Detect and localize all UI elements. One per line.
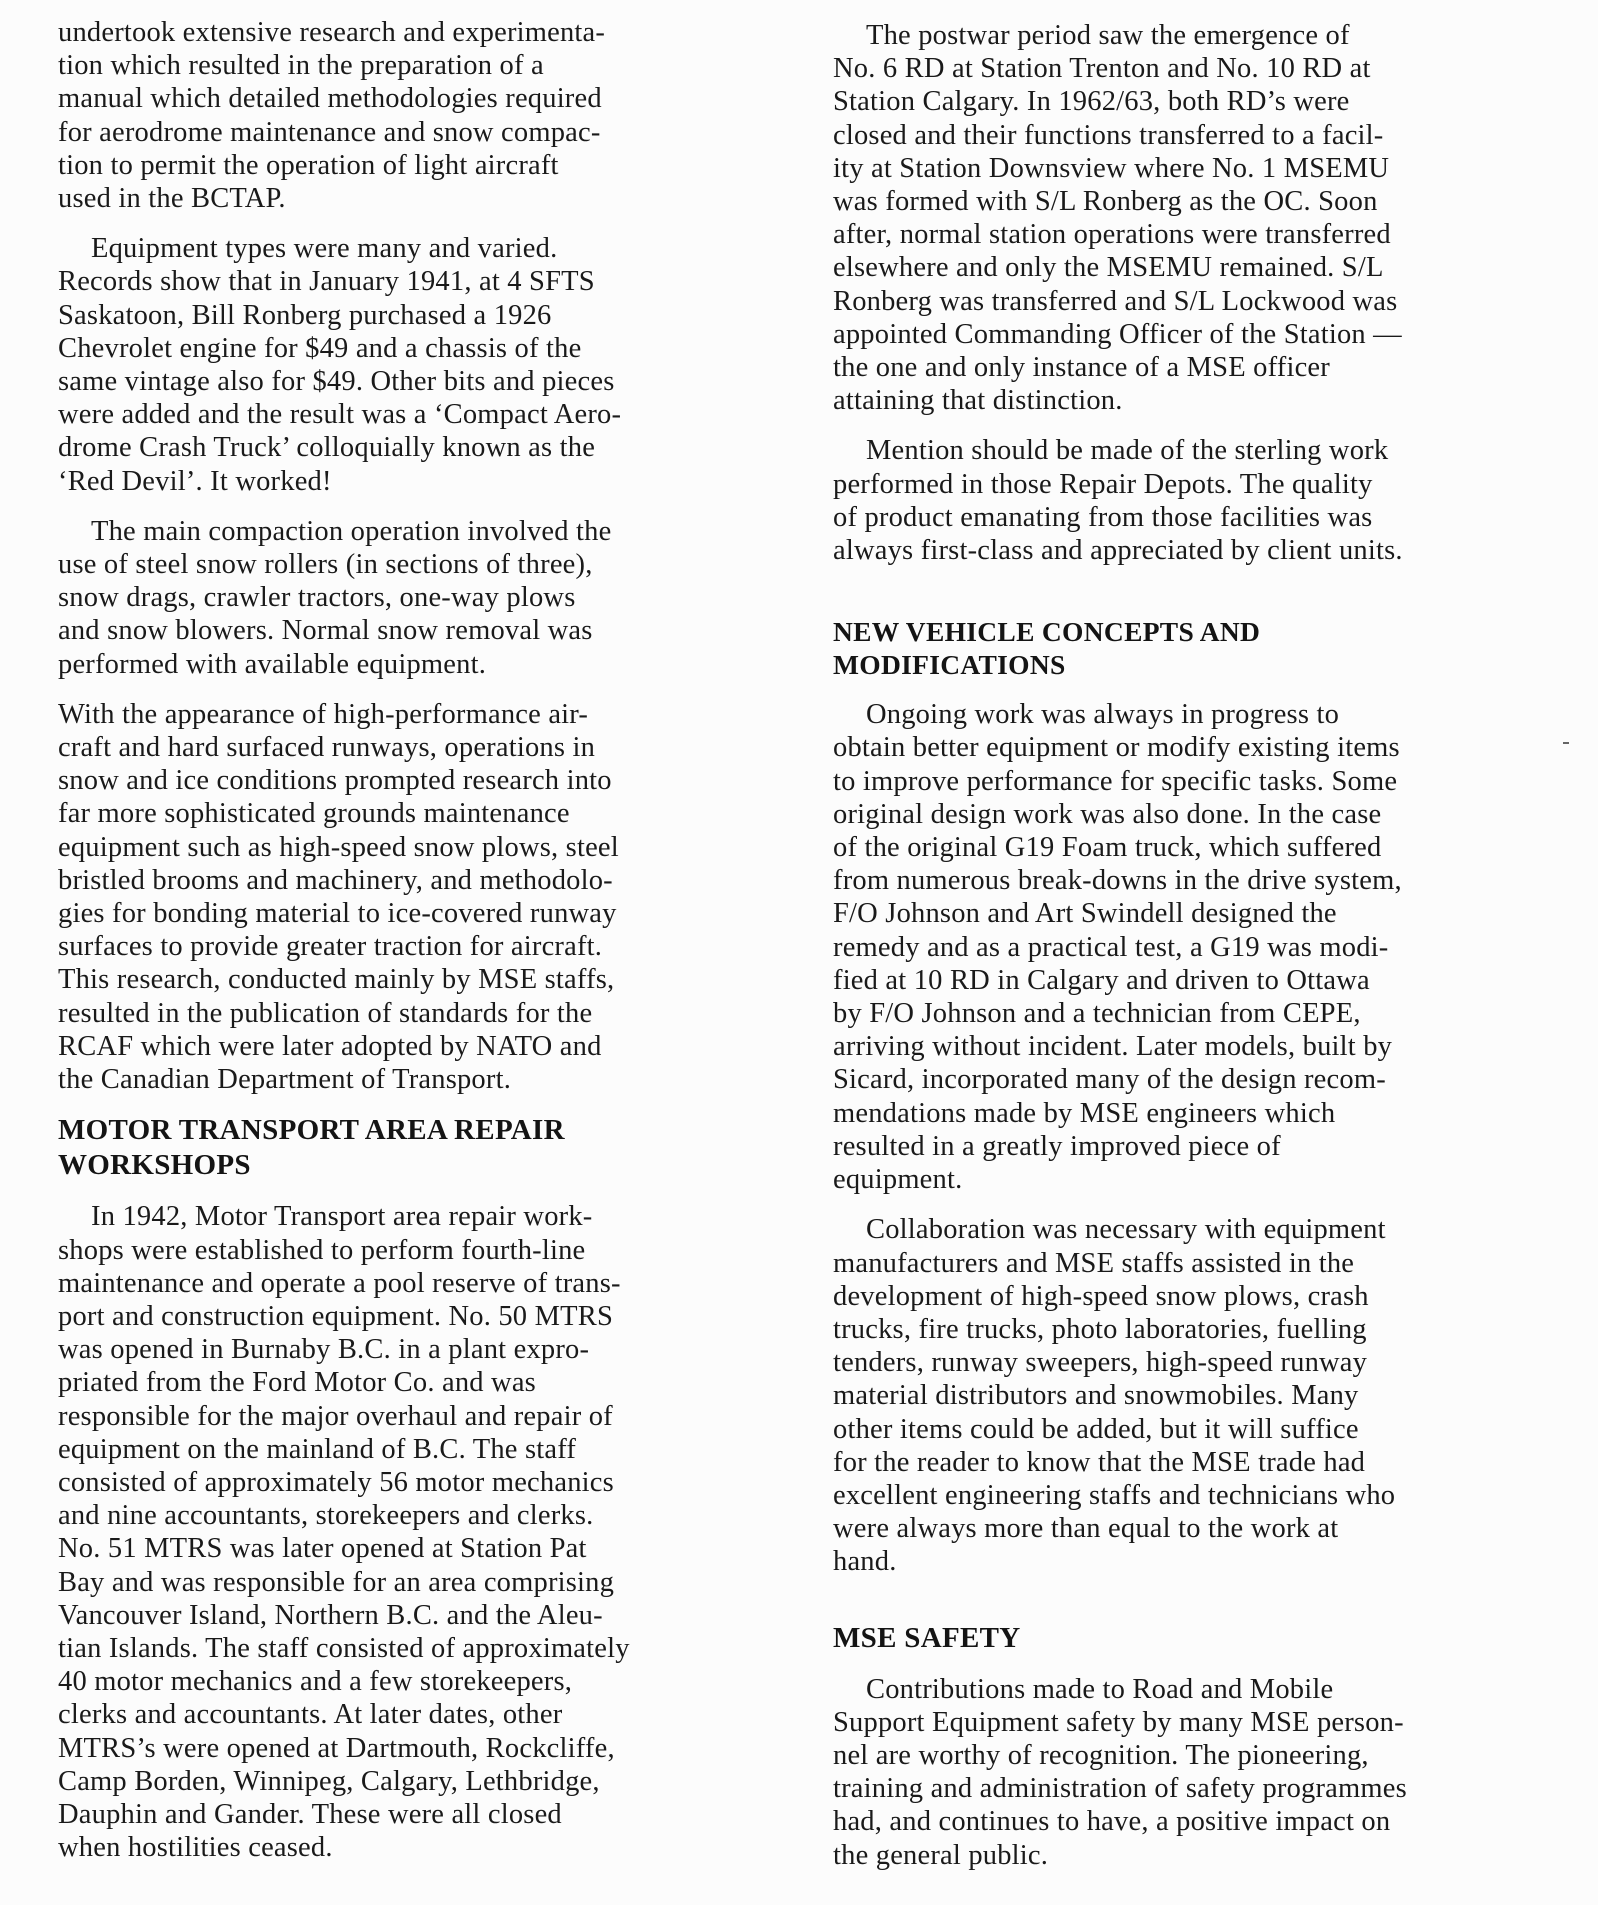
text-line: for the reader to know that the MSE trad…	[833, 1446, 1548, 1479]
heading-line: MOTOR TRANSPORT AREA REPAIR	[58, 1113, 758, 1148]
text-line: nel are worthy of recognition. The pione…	[833, 1739, 1548, 1772]
text-line: F/O Johnson and Art Swindell designed th…	[833, 897, 1548, 930]
text-line: consisted of approximately 56 motor mech…	[58, 1466, 758, 1499]
text-line: other items could be added, but it will …	[833, 1413, 1548, 1446]
text-line: Mention should be made of the sterling w…	[833, 434, 1548, 467]
text-line: Contributions made to Road and Mobile	[833, 1673, 1548, 1706]
text-line: MTRS’s were opened at Dartmouth, Rockcli…	[58, 1732, 758, 1765]
text-line: Records show that in January 1941, at 4 …	[58, 265, 758, 298]
text-line: remedy and as a practical test, a G19 wa…	[833, 931, 1548, 964]
text-line: Equipment types were many and varied.	[58, 232, 758, 265]
text-line: Camp Borden, Winnipeg, Calgary, Lethbrid…	[58, 1765, 758, 1798]
text-line: tenders, runway sweepers, high-speed run…	[833, 1346, 1548, 1379]
text-line: resulted in a greatly improved piece of	[833, 1130, 1548, 1163]
text-line: The main compaction operation involved t…	[58, 515, 758, 548]
text-line: With the appearance of high-performance …	[58, 698, 758, 731]
text-line: gies for bonding material to ice-covered…	[58, 897, 758, 930]
text-line: of the original G19 Foam truck, which su…	[833, 831, 1548, 864]
text-line: were added and the result was a ‘Compact…	[58, 398, 758, 431]
text-line: Ongoing work was always in progress to	[833, 698, 1548, 731]
text-line: of product emanating from those faciliti…	[833, 501, 1548, 534]
text-line: same vintage also for $49. Other bits an…	[58, 365, 758, 398]
paragraph-ongoing-work: Ongoing work was always in progress to o…	[833, 698, 1548, 1196]
text-line: equipment such as high-speed snow plows,…	[58, 831, 758, 864]
text-line: Bay and was responsible for an area comp…	[58, 1566, 758, 1599]
text-line: craft and hard surfaced runways, operati…	[58, 731, 758, 764]
text-line: the Canadian Department of Transport.	[58, 1063, 758, 1096]
text-line: and snow blowers. Normal snow removal wa…	[58, 614, 758, 647]
text-line: This research, conducted mainly by MSE s…	[58, 963, 758, 996]
text-line: Support Equipment safety by many MSE per…	[833, 1706, 1548, 1739]
text-line: training and administration of safety pr…	[833, 1772, 1548, 1805]
text-line: Vancouver Island, Northern B.C. and the …	[58, 1599, 758, 1632]
heading-line: MODIFICATIONS	[833, 648, 1548, 681]
text-line: equipment.	[833, 1163, 1548, 1196]
heading-line: NEW VEHICLE CONCEPTS AND	[833, 615, 1548, 648]
text-line: snow and ice conditions prompted researc…	[58, 764, 758, 797]
text-line: had, and continues to have, a positive i…	[833, 1805, 1548, 1838]
text-line: the general public.	[833, 1839, 1548, 1872]
paragraph-postwar-period: The postwar period saw the emergence of …	[833, 19, 1548, 417]
paragraph-compaction-operation: The main compaction operation involved t…	[58, 515, 758, 681]
text-line: The postwar period saw the emergence of	[833, 19, 1548, 52]
text-line: elsewhere and only the MSEMU remained. S…	[833, 251, 1548, 284]
text-line: for aerodrome maintenance and snow compa…	[58, 116, 758, 149]
heading-line: MSE SAFETY	[833, 1621, 1548, 1656]
text-line: Station Calgary. In 1962/63, both RD’s w…	[833, 85, 1548, 118]
text-line: Ronberg was transferred and S/L Lockwood…	[833, 285, 1548, 318]
right-column: The postwar period saw the emergence of …	[833, 19, 1548, 1889]
document-page: undertook extensive research and experim…	[0, 0, 1598, 1905]
heading-line: WORKSHOPS	[58, 1148, 758, 1183]
paragraph-equipment-types: Equipment types were many and varied. Re…	[58, 232, 758, 498]
paragraph-mtrs-1942: In 1942, Motor Transport area repair wor…	[58, 1200, 758, 1864]
text-line: undertook extensive research and experim…	[58, 16, 758, 49]
text-line: equipment on the mainland of B.C. The st…	[58, 1433, 758, 1466]
text-line: fied at 10 RD in Calgary and driven to O…	[833, 964, 1548, 997]
text-line: 40 motor mechanics and a few storekeeper…	[58, 1665, 758, 1698]
left-column: undertook extensive research and experim…	[58, 16, 758, 1881]
text-line: the one and only instance of a MSE offic…	[833, 351, 1548, 384]
text-line: appointed Commanding Officer of the Stat…	[833, 318, 1548, 351]
text-line: obtain better equipment or modify existi…	[833, 731, 1548, 764]
paragraph-safety-contributions: Contributions made to Road and Mobile Su…	[833, 1673, 1548, 1872]
text-line: when hostilities ceased.	[58, 1831, 758, 1864]
text-line: was opened in Burnaby B.C. in a plant ex…	[58, 1333, 758, 1366]
text-line: manufacturers and MSE staffs assisted in…	[833, 1247, 1548, 1280]
text-line: clerks and accountants. At later dates, …	[58, 1698, 758, 1731]
text-line: tion to permit the operation of light ai…	[58, 149, 758, 182]
paragraph-high-performance-aircraft: With the appearance of high-performance …	[58, 698, 758, 1096]
scan-artifact-mark	[1563, 742, 1569, 744]
text-line: excellent engineering staffs and technic…	[833, 1479, 1548, 1512]
text-line: In 1942, Motor Transport area repair wor…	[58, 1200, 758, 1233]
text-line: material distributors and snowmobiles. M…	[833, 1379, 1548, 1412]
text-line: port and construction equipment. No. 50 …	[58, 1300, 758, 1333]
text-line: trucks, fire trucks, photo laboratories,…	[833, 1313, 1548, 1346]
text-line: after, normal station operations were tr…	[833, 218, 1548, 251]
text-line: arriving without incident. Later models,…	[833, 1030, 1548, 1063]
text-line: responsible for the major overhaul and r…	[58, 1400, 758, 1433]
text-line: ity at Station Downsview where No. 1 MSE…	[833, 152, 1548, 185]
text-line: Dauphin and Gander. These were all close…	[58, 1798, 758, 1831]
text-line: mendations made by MSE engineers which	[833, 1097, 1548, 1130]
text-line: surfaces to provide greater traction for…	[58, 930, 758, 963]
text-line: were always more than equal to the work …	[833, 1512, 1548, 1545]
text-line: No. 6 RD at Station Trenton and No. 10 R…	[833, 52, 1548, 85]
text-line: snow drags, crawler tractors, one-way pl…	[58, 581, 758, 614]
text-line: ‘Red Devil’. It worked!	[58, 465, 758, 498]
text-line: performed with available equipment.	[58, 648, 758, 681]
text-line: from numerous break-downs in the drive s…	[833, 864, 1548, 897]
paragraph-collaboration: Collaboration was necessary with equipme…	[833, 1213, 1548, 1578]
text-line: bristled brooms and machinery, and metho…	[58, 864, 758, 897]
section-heading-motor-transport: MOTOR TRANSPORT AREA REPAIR WORKSHOPS	[58, 1113, 758, 1183]
text-line: always first-class and appreciated by cl…	[833, 534, 1548, 567]
text-line: maintenance and operate a pool reserve o…	[58, 1267, 758, 1300]
text-line: drome Crash Truck’ colloquially known as…	[58, 431, 758, 464]
text-line: tian Islands. The staff consisted of app…	[58, 1632, 758, 1665]
text-line: and nine accountants, storekeepers and c…	[58, 1499, 758, 1532]
text-line: development of high-speed snow plows, cr…	[833, 1280, 1548, 1313]
text-line: closed and their functions transferred t…	[833, 119, 1548, 152]
text-line: was formed with S/L Ronberg as the OC. S…	[833, 185, 1548, 218]
text-line: hand.	[833, 1545, 1548, 1578]
text-line: Chevrolet engine for $49 and a chassis o…	[58, 332, 758, 365]
text-line: by F/O Johnson and a technician from CEP…	[833, 997, 1548, 1030]
text-line: tion which resulted in the preparation o…	[58, 49, 758, 82]
text-line: far more sophisticated grounds maintenan…	[58, 797, 758, 830]
text-line: used in the BCTAP.	[58, 182, 758, 215]
text-line: performed in those Repair Depots. The qu…	[833, 468, 1548, 501]
text-line: shops were established to perform fourth…	[58, 1234, 758, 1267]
text-line: resulted in the publication of standards…	[58, 997, 758, 1030]
section-heading-mse-safety: MSE SAFETY	[833, 1621, 1548, 1656]
text-line: use of steel snow rollers (in sections o…	[58, 548, 758, 581]
text-line: Sicard, incorporated many of the design …	[833, 1063, 1548, 1096]
text-line: Saskatoon, Bill Ronberg purchased a 1926	[58, 299, 758, 332]
text-line: attaining that distinction.	[833, 384, 1548, 417]
section-heading-new-vehicle-concepts: NEW VEHICLE CONCEPTS AND MODIFICATIONS	[833, 615, 1548, 681]
text-line: priated from the Ford Motor Co. and was	[58, 1366, 758, 1399]
text-line: to improve performance for specific task…	[833, 765, 1548, 798]
paragraph-repair-depots: Mention should be made of the sterling w…	[833, 434, 1548, 567]
paragraph-bctap-manual: undertook extensive research and experim…	[58, 16, 758, 215]
text-line: No. 51 MTRS was later opened at Station …	[58, 1532, 758, 1565]
text-line: manual which detailed methodologies requ…	[58, 82, 758, 115]
text-line: original design work was also done. In t…	[833, 798, 1548, 831]
text-line: RCAF which were later adopted by NATO an…	[58, 1030, 758, 1063]
text-line: Collaboration was necessary with equipme…	[833, 1213, 1548, 1246]
